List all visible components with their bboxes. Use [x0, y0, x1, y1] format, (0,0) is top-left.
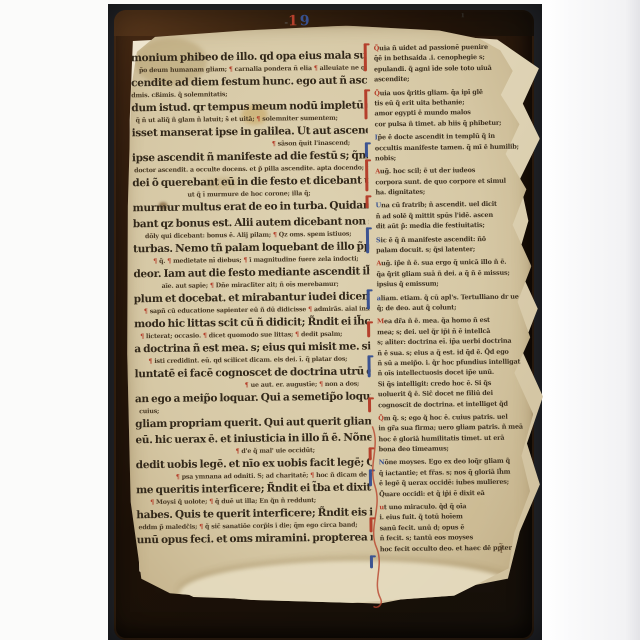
paraph-mark	[367, 321, 370, 337]
paraph-mark	[364, 43, 367, 71]
quire-mark: q̃	[497, 543, 504, 554]
paraph-mark	[369, 517, 372, 532]
paraph-mark	[368, 397, 371, 412]
paraph-mark	[369, 469, 372, 486]
page-stack: -19 ı monium phibeo de illo. qd opa eius…	[0, 0, 640, 640]
paraph-mark	[365, 195, 368, 208]
paraph-mark	[364, 89, 367, 119]
paraph-mark	[367, 289, 370, 309]
paraph-mark	[365, 159, 368, 191]
paraph-mark	[367, 355, 370, 377]
paraph-mark	[369, 447, 372, 460]
paraph-mark	[370, 555, 373, 568]
paraph-mark	[365, 142, 368, 157]
paraph-mark	[366, 227, 369, 253]
gutter-paraph-marks	[0, 0, 640, 640]
